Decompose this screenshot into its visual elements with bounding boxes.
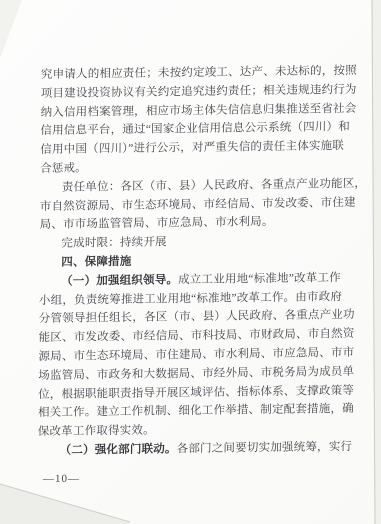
text-segment: 能区、市发改委、市经信局、市科技局、市财政局、市自然资 [39,328,355,344]
text-segment: 分管领导担任组长，各区（市、县）人民政府、各重点产业功 [39,309,355,325]
page-corner-top-left-shade [0,0,22,58]
page-edge-right-line [372,0,375,524]
text-segment: 各部门之间要切实加强统筹，实行 [177,441,353,455]
scanned-document-page: 究申请人的相应责任；未按约定竣工、达产、未达标的，按照项目建设投资协议有关约定追… [0,0,381,524]
text-segment: 究申请人的相应责任；未按约定竣工、达产、未达标的，按照 [41,65,357,81]
text-segment-bold: （二）强化部门联动。 [60,443,177,457]
page-margin-right [372,0,381,524]
text-segment: 纳入信用档案管理，相应市场主体失信信息归集推送至省社会 [41,102,357,118]
text-segment: 源局、市生态环境局、市住建局、市水利局、市应急局、市市 [38,347,354,363]
text-segment: 责任单位：各区（市、县）人民政府、各重点产业功能区， [62,178,366,194]
text-segment-bold: （一）加强组织领导。 [61,274,178,288]
text-segment: 相关工作。建立工作机制、细化工作举措、制定配套措施，确 [38,403,354,419]
page-number: —10— [43,473,80,485]
text-segment-bold: 四、保障措施 [61,256,131,269]
text-segment: 场监管局、市政务和大数据局、市经外局、市税务局为成员单 [38,366,354,382]
document-text: 究申请人的相应责任；未按约定竣工、达产、未达标的，按照项目建设投资协议有关约定追… [38,62,353,461]
page-corner-bottom-left [0,484,130,524]
text-segment: 局、市市场监管管局、市应急局、市水利局。 [40,216,274,231]
text-segment: 信用信息平台，通过“国家企业信用信息公示系统（四川）和 [40,121,350,137]
text-segment: 信用中国（四川）”进行公示，对严重失信的责任主体实施联 [40,140,344,156]
text-segment: 保改革工作取得实效。 [38,425,155,439]
text-line: （二）强化部门联动。各部门之间要切实加强统筹，实行 [38,438,350,461]
text-segment: 合惩戒。 [40,162,87,175]
text-segment: 小组，负责统筹推进工业用地“标准地”改革工作。由市政府 [39,291,342,307]
text-segment: 成立工业用地“标准地”改革工作 [178,272,341,286]
text-segment: 完成时限：持续开展 [61,237,166,250]
page-edge-bottom-left-line [0,484,130,522]
text-segment: 位，根据职能职责指导开展区域评估、指标体系、支撑政策等 [38,384,354,400]
text-segment: 市自然资源局、市生态环境局、市经信局、市发改委、市住建 [40,196,356,212]
text-segment: 项目建设投资协议有关约定追究违约责任；相关违规违约行为 [41,84,357,100]
